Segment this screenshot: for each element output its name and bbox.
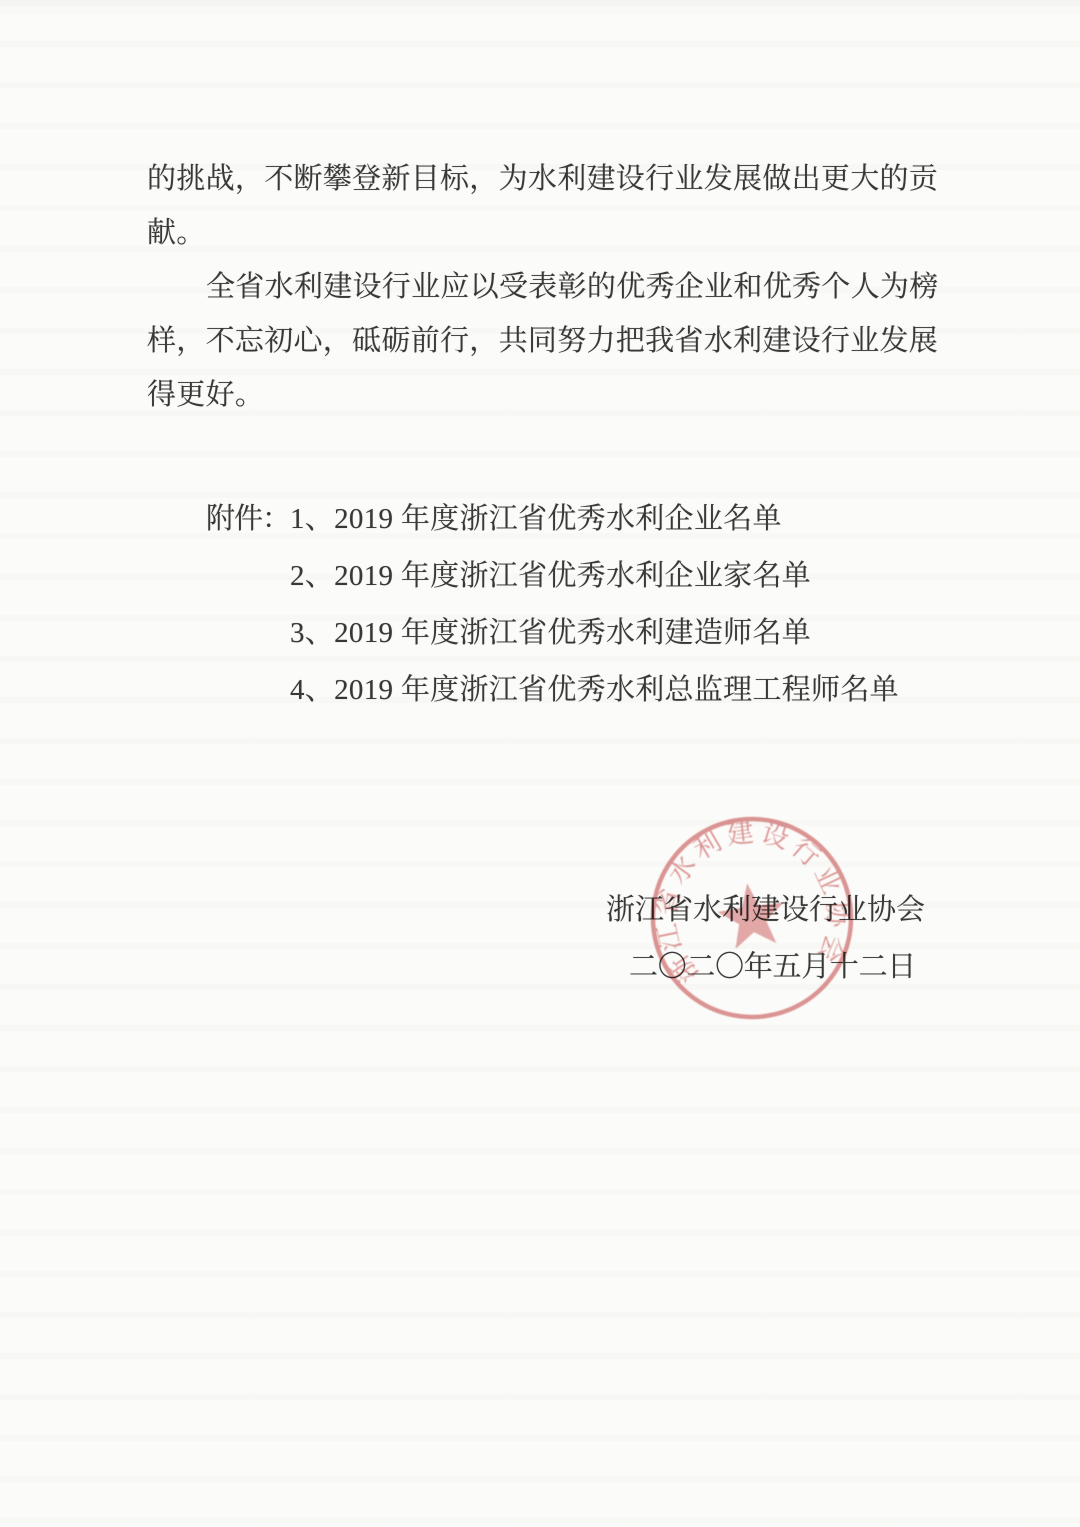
seal-group: 浙江省水利建设行业协会 [642, 808, 862, 1028]
attachment-item-1-text: 1、2019 年度浙江省优秀水利企业名单 [290, 503, 782, 535]
attachments-block: 附件：1、2019 年度浙江省优秀水利企业名单 2、2019 年度浙江省优秀水利… [206, 491, 899, 719]
official-seal: 浙江省水利建设行业协会 [642, 808, 862, 1028]
attachment-item-3: 3、2019 年度浙江省优秀水利建造师名单 [206, 605, 899, 662]
paragraph-1-line-2: 献。 [147, 206, 977, 260]
paragraph-2-line-2: 样，不忘初心，砥砺前行，共同努力把我省水利建设行业发展 [147, 314, 977, 368]
attachments-label: 附件： [206, 491, 290, 548]
attachment-item-2: 2、2019 年度浙江省优秀水利企业家名单 [206, 548, 899, 605]
document-body: 的挑战，不断攀登新目标，为水利建设行业发展做出更大的贡 献。 全省水利建设行业应… [147, 152, 977, 422]
attachment-item-1: 附件：1、2019 年度浙江省优秀水利企业名单 [206, 491, 899, 548]
paragraph-1-line-1: 的挑战，不断攀登新目标，为水利建设行业发展做出更大的贡 [147, 152, 977, 206]
seal-star-icon [714, 879, 789, 951]
document-page: 的挑战，不断攀登新目标，为水利建设行业发展做出更大的贡 献。 全省水利建设行业应… [0, 0, 1080, 1527]
paragraph-2-line-1: 全省水利建设行业应以受表彰的优秀企业和优秀个人为榜 [147, 260, 977, 314]
paragraph-2-line-3: 得更好。 [147, 368, 977, 422]
attachment-item-4: 4、2019 年度浙江省优秀水利总监理工程师名单 [206, 662, 899, 719]
